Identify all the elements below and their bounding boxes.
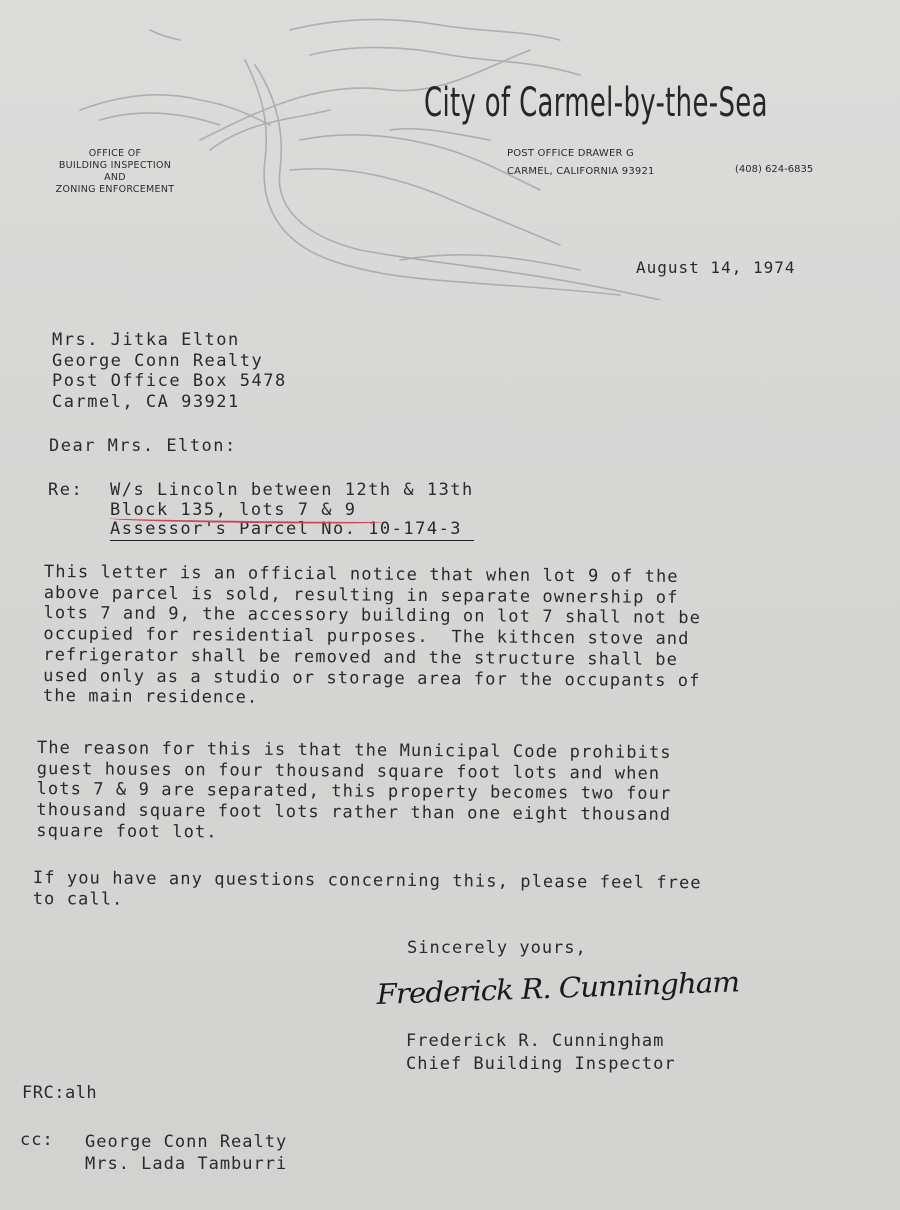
reference-block: W/s Lincoln between 12th & 13th Block 13… [110, 481, 474, 541]
letter-date: August 14, 1974 [636, 258, 796, 277]
body-paragraph: This letter is an official notice that w… [43, 562, 702, 712]
address-line: POST OFFICE DRAWER G [507, 145, 655, 163]
signer-block: Frederick R. Cunningham Chief Building I… [406, 1030, 676, 1076]
city-name-heading: City of Carmel-by-the-Sea [424, 80, 768, 126]
letterhead-address: POST OFFICE DRAWER G CARMEL, CALIFORNIA … [507, 145, 655, 181]
cc-recipient: George Conn Realty [85, 1131, 287, 1153]
reference-line: W/s Lincoln between 12th & 13th [110, 481, 474, 501]
salutation: Dear Mrs. Elton: [49, 436, 237, 456]
office-line: OFFICE OF [40, 148, 190, 160]
recipient-line: Carmel, CA 93921 [52, 392, 287, 413]
recipient-line: Mrs. Jitka Elton [52, 330, 287, 351]
recipient-line: George Conn Realty [52, 351, 287, 372]
body-paragraph: If you have any questions concerning thi… [33, 868, 702, 915]
closing: Sincerely yours, [407, 938, 587, 958]
reference-initials: FRC:alh [22, 1083, 97, 1103]
office-line: AND [40, 172, 190, 184]
recipient-line: Post Office Box 5478 [52, 371, 287, 392]
office-line: BUILDING INSPECTION [40, 160, 190, 172]
body-paragraph: The reason for this is that the Municipa… [36, 738, 672, 846]
office-line: ZONING ENFORCEMENT [40, 184, 190, 196]
letterhead-phone: (408) 624-6835 [735, 164, 813, 175]
cc-label: cc: [20, 1130, 54, 1150]
recipient-address: Mrs. Jitka Elton George Conn Realty Post… [52, 330, 287, 412]
signer-title: Chief Building Inspector [406, 1053, 676, 1076]
department-block: OFFICE OF BUILDING INSPECTION AND ZONING… [40, 148, 190, 196]
cc-list: George Conn Realty Mrs. Lada Tamburri [85, 1131, 287, 1175]
cc-recipient: Mrs. Lada Tamburri [85, 1153, 287, 1175]
letter-page: OFFICE OF BUILDING INSPECTION AND ZONING… [0, 0, 900, 1210]
signer-name: Frederick R. Cunningham [406, 1030, 676, 1053]
reference-label: Re: [48, 480, 83, 500]
address-line: CARMEL, CALIFORNIA 93921 [507, 163, 655, 181]
handwritten-signature: Frederick R. Cunningham [376, 965, 740, 1011]
